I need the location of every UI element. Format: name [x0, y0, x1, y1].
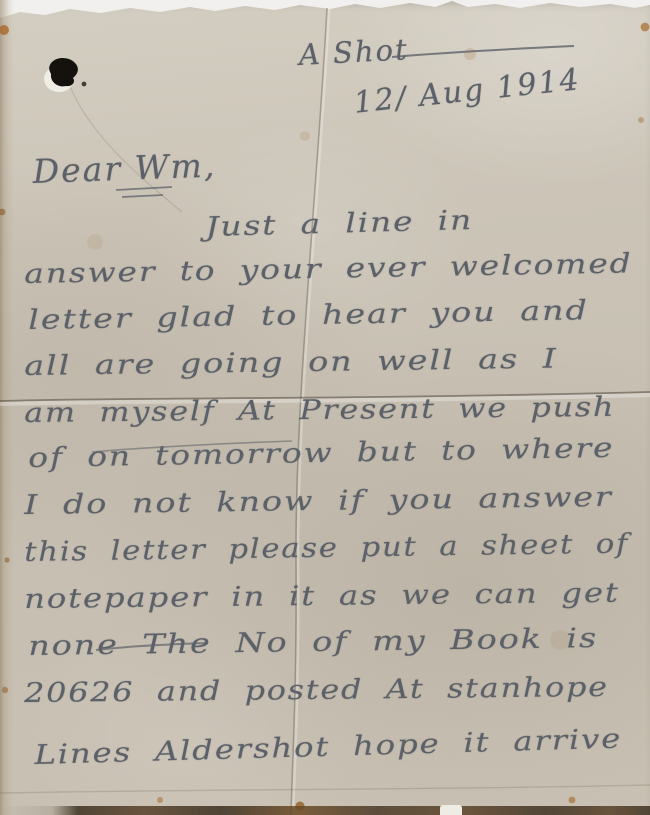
paper-left-fold-edge: [0, 0, 14, 815]
letter-line: 20626 and posted At stanhope: [24, 672, 609, 709]
salutation: Dear Wm,: [32, 146, 217, 191]
place-line: A Shot: [298, 32, 409, 72]
letter-line: notepaper in it as we can get: [24, 578, 620, 615]
letter-line: am myself At Present we push: [24, 392, 615, 429]
bottom-shadow-band: [0, 806, 650, 815]
letter-scan: A Shot 12/ Aug 1914 Dear Wm, Just a line…: [0, 0, 650, 815]
bottom-paper-notch: [440, 805, 462, 815]
